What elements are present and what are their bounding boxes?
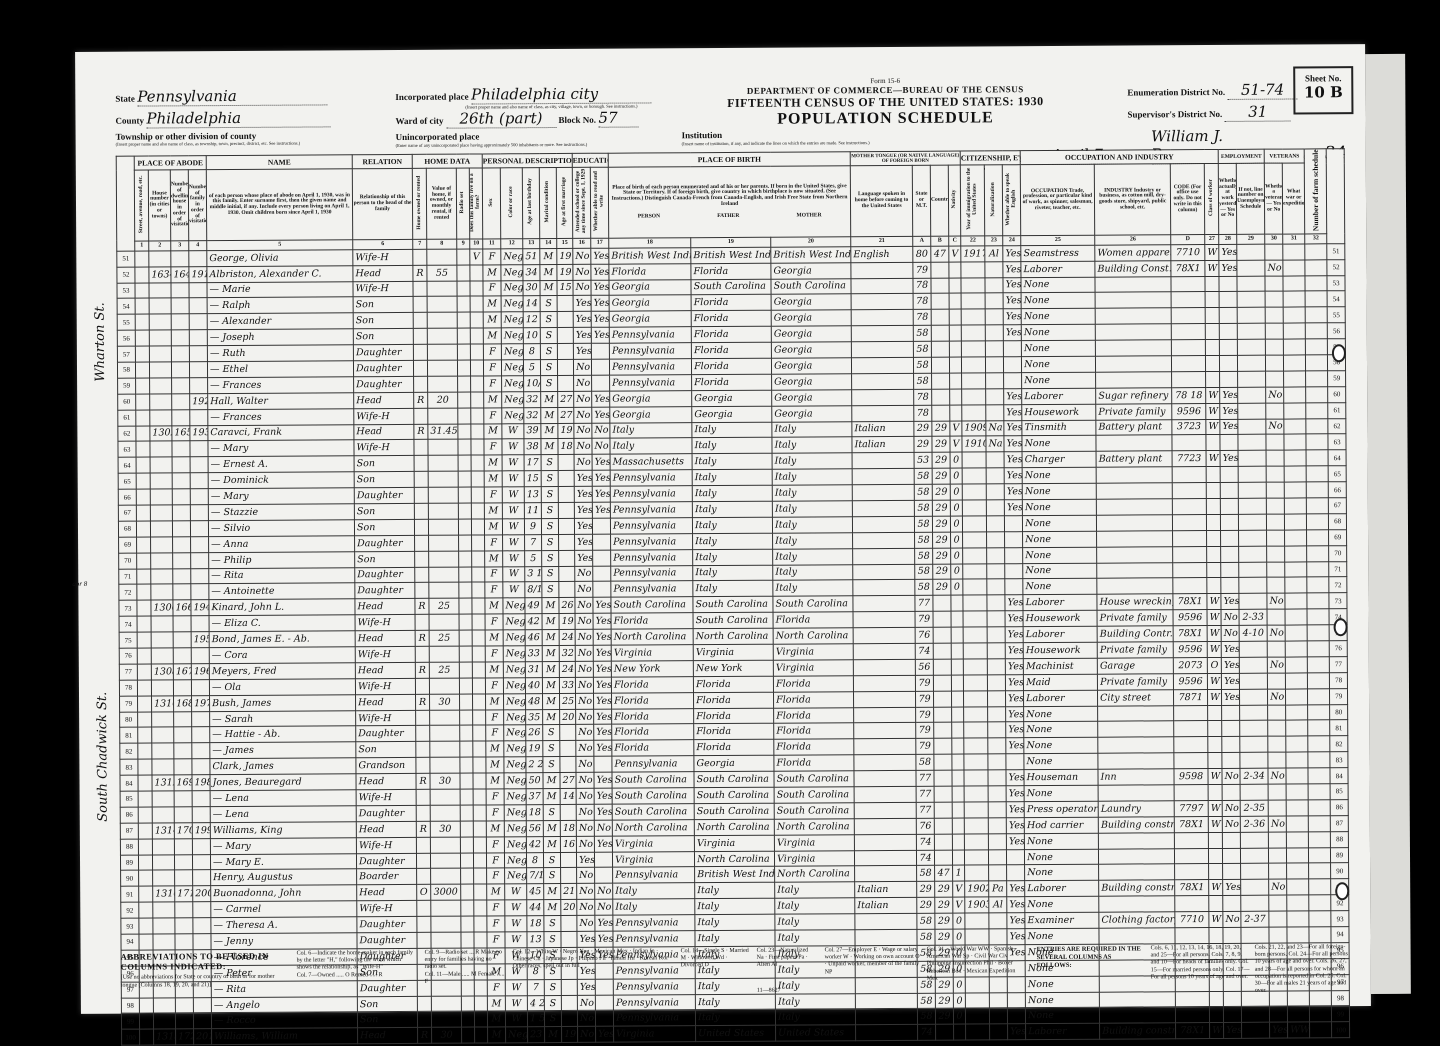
cell-language (855, 1009, 917, 1025)
cell-own (417, 932, 431, 948)
column-number: 14 (540, 238, 557, 248)
cell-class: W (1207, 641, 1221, 657)
cell-own: R (418, 1028, 432, 1044)
cell-unemp (1238, 403, 1266, 419)
cell-family (191, 552, 209, 568)
cell-mother: Italy (772, 453, 852, 469)
cell-codeC (951, 611, 963, 627)
col24-header: Whether able to speak English (1002, 165, 1020, 235)
cell-read (592, 375, 610, 391)
cell-natur (986, 373, 1004, 389)
cell-read: Yes (594, 725, 612, 741)
cell-immig (962, 468, 986, 484)
cell-immig (964, 770, 988, 786)
cell-class (1206, 371, 1220, 387)
cell-codeD (1172, 371, 1206, 387)
cell-age-marr: 19 (557, 264, 573, 280)
line-number-header-right (1326, 149, 1345, 244)
cell-codeC (950, 389, 962, 405)
cell-codeD (1174, 832, 1208, 848)
cell-line: 78 (119, 680, 137, 696)
cell-codeB: 29 (932, 437, 950, 453)
cell-marital: M (541, 439, 558, 455)
cell-vet (1268, 673, 1286, 689)
cell-radio (458, 439, 471, 455)
cell-line: 62 (118, 426, 136, 442)
cell-name: — Sarah (210, 710, 356, 727)
cell-relation: Head (358, 1028, 418, 1044)
cell-class: W (1208, 689, 1222, 705)
cell-codeD: 9596 (1172, 403, 1206, 419)
cell-own (415, 551, 429, 567)
cell-codeD (1172, 467, 1206, 483)
cell-read: Yes (592, 455, 610, 471)
cell-farm (473, 710, 486, 726)
cell-immig (964, 786, 988, 802)
cell-school: No (576, 804, 594, 820)
cell-sex: F (486, 789, 504, 805)
cell-read: Yes (593, 661, 611, 677)
cell-school: No (576, 693, 594, 709)
cell-immig (963, 627, 987, 643)
cell-radio (459, 551, 472, 567)
cell-work (1222, 784, 1240, 800)
cell-sex: M (485, 662, 503, 678)
cell-relation: Wife-H (353, 249, 413, 265)
cell-dwelling (173, 537, 191, 553)
cell-english (1007, 849, 1025, 865)
cell-codeC (954, 1024, 966, 1040)
cell-value (428, 455, 458, 471)
cell-immig (962, 357, 986, 373)
cell-natur (986, 404, 1004, 420)
cell-industry: Building Contr. (1097, 626, 1173, 642)
cell-farm-sched (1308, 720, 1330, 736)
cell-vet (1266, 434, 1284, 450)
col4-header: Number of family in order of visitation (188, 170, 206, 240)
cell-industry: Building construc. (1099, 880, 1175, 896)
cell-natur (988, 675, 1006, 691)
cell-birth: British West Indies (609, 247, 691, 263)
cell-war (1285, 546, 1307, 562)
cell-occupation: Laborer (1024, 690, 1098, 706)
cell-line-right: 76 (1329, 641, 1347, 657)
cell-race: W (502, 423, 524, 439)
cell-radio (458, 408, 471, 424)
cell-english: Yes (1008, 1024, 1026, 1040)
column-number: 19 (691, 237, 771, 247)
cell-work: No (1222, 816, 1240, 832)
cell-street (137, 584, 151, 600)
cell-codeA: 58 (917, 1009, 935, 1025)
cell-name: — Frances (208, 377, 354, 394)
cell-read: No (595, 884, 613, 900)
cell-mother: Italy (775, 1009, 855, 1025)
cell-sex: M (486, 757, 504, 773)
cell-marital: S (542, 550, 559, 566)
cell-school: Yes (573, 327, 591, 343)
cell-class (1208, 832, 1222, 848)
cell-codeD: 2073 (1173, 657, 1207, 673)
cell-unemp (1238, 450, 1266, 466)
cell-war (1283, 291, 1305, 307)
cell-codeD (1171, 292, 1205, 308)
cell-age: 18 (526, 805, 543, 821)
cell-read: Yes (592, 486, 610, 502)
group-education: EDUCATION (572, 153, 608, 168)
cell-age-marr (560, 725, 576, 741)
cell-immig (963, 643, 987, 659)
county-field: County Philadelphia (115, 108, 330, 128)
cell-language (853, 612, 915, 628)
ward-value: 26th (part) (446, 109, 556, 129)
cell-age: 15 (524, 471, 541, 487)
cell-family (189, 282, 207, 298)
cell-race: Neg (502, 391, 524, 407)
cell-father: North Carolina (693, 628, 773, 644)
cell-age: 37 (526, 789, 543, 805)
cell-natur (985, 277, 1003, 293)
cell-read (595, 852, 613, 868)
cell-father: Italy (693, 533, 773, 549)
cell-age-marr (558, 518, 574, 534)
cell-english (1003, 341, 1021, 357)
cell-relation: Son (357, 996, 417, 1012)
cell-line-right: 82 (1330, 736, 1348, 752)
cell-father: South Carolina (693, 612, 773, 628)
cell-dwelling (174, 807, 192, 823)
cell-farm (473, 773, 486, 789)
cell-english: Yes (1006, 786, 1024, 802)
cell-unemp (1239, 514, 1267, 530)
cell-school: No (577, 915, 595, 931)
cell-work (1221, 562, 1239, 578)
cell-immig (966, 1024, 990, 1040)
cell-age: 8 (523, 344, 540, 360)
cell-mother: Italy (772, 437, 852, 453)
cell-english: Yes (1004, 500, 1022, 516)
cell-age: 50 (526, 773, 543, 789)
cell-age: 2 2/12 (526, 757, 543, 773)
cell-relation: Son (354, 456, 414, 472)
cell-sex: M (485, 630, 503, 646)
cell-vet: No (1266, 387, 1284, 403)
cell-mother: Georgia (772, 374, 852, 390)
cell-race: W (505, 884, 527, 900)
cell-occupation: None (1021, 293, 1095, 309)
cell-codeC: 0 (950, 484, 962, 500)
cell-race: Neg (504, 805, 526, 821)
cell-name: — Cora (209, 647, 355, 664)
cell-line: 94 (121, 934, 139, 950)
cell-birth: Pennsylvania (611, 533, 693, 549)
cell-war (1284, 466, 1306, 482)
cell-codeA: 58 (914, 484, 932, 500)
column-number: C (949, 236, 961, 246)
cell-line: 58 (117, 362, 135, 378)
cell-codeC (949, 293, 961, 309)
cell-sex: M (484, 392, 502, 408)
cell-race: Neg (504, 821, 526, 837)
cell-own (416, 726, 430, 742)
cell-dwelling (171, 282, 189, 298)
cell-family: 194 (191, 600, 209, 616)
cell-value (427, 281, 457, 297)
cell-industry: Battery plant (1096, 451, 1172, 467)
cell-line: 52 (117, 267, 135, 283)
cell-value: 55 (427, 265, 457, 281)
cell-line-right: 54 (1327, 291, 1345, 307)
cell-codeD: 78X1 (1176, 1023, 1210, 1039)
column-number: 23 (985, 236, 1003, 246)
cell-occupation: Laborer (1023, 626, 1097, 642)
margin-note: apr 8 (72, 580, 87, 588)
cell-occupation: None (1021, 277, 1095, 293)
cell-dwelling (173, 568, 191, 584)
cell-dwelling (175, 934, 193, 950)
cell-war (1287, 895, 1309, 911)
cell-house (152, 839, 174, 855)
cell-marital: S (541, 471, 558, 487)
cell-read: No (592, 423, 610, 439)
cell-line: 73 (119, 600, 137, 616)
cell-house (151, 553, 173, 569)
cell-war (1286, 689, 1308, 705)
cell-father: Italy (692, 454, 772, 470)
cell-street (135, 330, 149, 346)
cell-unemp (1239, 594, 1267, 610)
cell-line-right: 100 (1332, 1022, 1350, 1038)
cell-age-marr: 24 (559, 661, 575, 677)
cell-name: — Frances (208, 408, 354, 425)
cell-school: No (574, 359, 592, 375)
cell-work: No (1221, 610, 1239, 626)
cell-birth: Pennsylvania (610, 486, 692, 502)
cell-industry (1097, 562, 1173, 578)
cell-house: 1308 (151, 664, 173, 680)
cell-line: 89 (120, 855, 138, 871)
cell-father: Florida (691, 295, 771, 311)
cell-read: Yes (592, 470, 610, 486)
cell-family (193, 997, 211, 1013)
cell-line: 74 (119, 616, 137, 632)
cell-value (430, 757, 460, 773)
cell-age-marr (557, 359, 573, 375)
cell-line: 100 (122, 1029, 140, 1045)
cell-codeD (1173, 546, 1207, 562)
cell-codeC: 0 (953, 993, 965, 1009)
cell-codeA: 29 (917, 897, 935, 913)
cell-race: Neg (505, 868, 527, 884)
cell-relation: Wife-H (356, 710, 416, 726)
cell-farm-sched (1306, 402, 1328, 418)
cell-street (138, 791, 152, 807)
cell-farm-sched (1307, 545, 1329, 561)
cell-codeC (952, 722, 964, 738)
cell-work (1220, 355, 1238, 371)
cell-immig (963, 611, 987, 627)
cell-marital: S (544, 932, 561, 948)
cell-dwelling (175, 870, 193, 886)
cell-sex: M (483, 312, 501, 328)
cell-unemp: 2-34 (1240, 768, 1268, 784)
cell-birth: Italy (610, 438, 692, 454)
cell-dwelling: 170 (174, 823, 192, 839)
column-number: 16 (573, 238, 591, 248)
col14-header: Marital condition (539, 168, 556, 238)
cell-line-right: 79 (1330, 688, 1348, 704)
cell-unemp (1238, 371, 1266, 387)
cell-house (151, 568, 173, 584)
cell-marital: M (542, 661, 559, 677)
cell-english: Yes (1005, 611, 1023, 627)
cell-vet (1269, 895, 1287, 911)
cell-farm-sched (1309, 927, 1331, 943)
cell-school: No (574, 455, 592, 471)
cell-industry (1098, 705, 1174, 721)
cell-war (1285, 641, 1307, 657)
cell-race: W (505, 900, 527, 916)
cell-birth: South Carolina (612, 772, 694, 788)
cell-farm (473, 694, 486, 710)
cell-dwelling (172, 378, 190, 394)
cell-industry (1098, 753, 1174, 769)
cell-name: — Jenny (211, 933, 357, 950)
cell-age: 8/12 (525, 582, 542, 598)
cell-name: — Mary E. (210, 853, 356, 870)
cell-codeB (935, 850, 953, 866)
cell-age: 18 (527, 916, 544, 932)
cell-mother: Italy (775, 993, 855, 1009)
cell-vet (1267, 578, 1285, 594)
cell-english: Yes (1006, 802, 1024, 818)
cell-english: Yes (1007, 897, 1025, 913)
cell-language (854, 818, 916, 834)
cell-immig (963, 563, 987, 579)
cell-line-right: 85 (1330, 784, 1348, 800)
cell-sex: M (487, 1011, 505, 1027)
cell-father: Florida (691, 326, 771, 342)
cell-sex: F (483, 344, 501, 360)
cell-codeA: 58 (914, 357, 932, 373)
cell-codeD (1175, 928, 1209, 944)
cell-line: 86 (120, 807, 138, 823)
cell-line: 59 (118, 378, 136, 394)
group-home: HOME DATA (412, 154, 482, 169)
cell-farm (472, 582, 485, 598)
cell-farm-sched (1309, 847, 1331, 863)
cell-family: 191 (189, 266, 207, 282)
cell-radio (458, 503, 471, 519)
cell-radio (457, 296, 470, 312)
cell-radio (460, 741, 473, 757)
cell-radio (458, 376, 471, 392)
cell-father: Florida (691, 310, 771, 326)
cell-name: — Angelo (211, 996, 357, 1013)
cell-age: 39 (524, 423, 541, 439)
cell-class (1207, 530, 1221, 546)
cell-vet (1269, 848, 1287, 864)
cell-war (1286, 768, 1308, 784)
cell-relation: Daughter (353, 344, 413, 360)
cell-language (855, 929, 917, 945)
cell-work: Yes (1219, 244, 1237, 260)
cell-codeD (1175, 896, 1209, 912)
column-number: 29 (1237, 234, 1265, 244)
cell-codeD: 78X1 (1171, 260, 1205, 276)
cell-marital: M (545, 1027, 562, 1043)
cell-house (150, 410, 172, 426)
cell-class: W (1205, 244, 1219, 260)
cell-industry (1099, 848, 1175, 864)
cell-sex: F (486, 805, 504, 821)
cell-natur (988, 690, 1006, 706)
cell-street (139, 1013, 153, 1029)
cell-unemp (1237, 339, 1265, 355)
cell-farm-sched (1307, 609, 1329, 625)
cell-age-marr: 16 (560, 836, 576, 852)
cell-radio (460, 789, 473, 805)
cell-english: Yes (1006, 833, 1024, 849)
cell-work (1223, 896, 1241, 912)
cell-natur (988, 818, 1006, 834)
cell-house (152, 759, 174, 775)
cell-family (193, 902, 211, 918)
cell-line: 53 (117, 283, 135, 299)
cell-occupation: None (1022, 436, 1096, 452)
cell-farm-sched (1309, 863, 1331, 879)
cell-codeC (949, 262, 961, 278)
cell-name: — Dominick (208, 472, 354, 489)
cell-farm-sched (1308, 673, 1330, 689)
cell-age-marr: 14 (560, 788, 576, 804)
cell-read: Yes (591, 311, 609, 327)
cell-race: Neg (504, 757, 526, 773)
cell-unemp (1238, 466, 1266, 482)
cell-age: 12 (523, 312, 540, 328)
cell-own (415, 678, 429, 694)
cell-natur: Na (986, 436, 1004, 452)
cell-farm-sched (1305, 323, 1327, 339)
cell-industry (1100, 1007, 1176, 1023)
cell-unemp (1239, 530, 1267, 546)
cell-war (1285, 657, 1307, 673)
cell-occupation: None (1024, 785, 1098, 801)
cell-school: No (576, 725, 594, 741)
cell-line: 98 (121, 998, 139, 1014)
cell-class (1209, 848, 1223, 864)
cell-value (427, 344, 457, 360)
cell-line-right: 86 (1330, 800, 1348, 816)
cell-industry: Building Const. (1095, 260, 1171, 276)
cell-radio (457, 249, 470, 265)
cell-work (1220, 467, 1238, 483)
cell-read: Yes (593, 629, 611, 645)
cell-relation: Son (354, 519, 414, 535)
cell-class: W (1208, 800, 1222, 816)
cell-house (151, 632, 173, 648)
cell-farm-sched (1309, 879, 1331, 895)
cell-name: — Hattie - Ab. (210, 726, 356, 743)
cell-own (416, 853, 430, 869)
cell-natur (988, 722, 1006, 738)
cell-race: Neg (501, 344, 523, 360)
cell-own (413, 249, 427, 265)
cell-english: Yes (1005, 659, 1023, 675)
cell-marital: S (540, 296, 557, 312)
cell-immig (965, 929, 989, 945)
cell-codeA: 58 (915, 548, 933, 564)
